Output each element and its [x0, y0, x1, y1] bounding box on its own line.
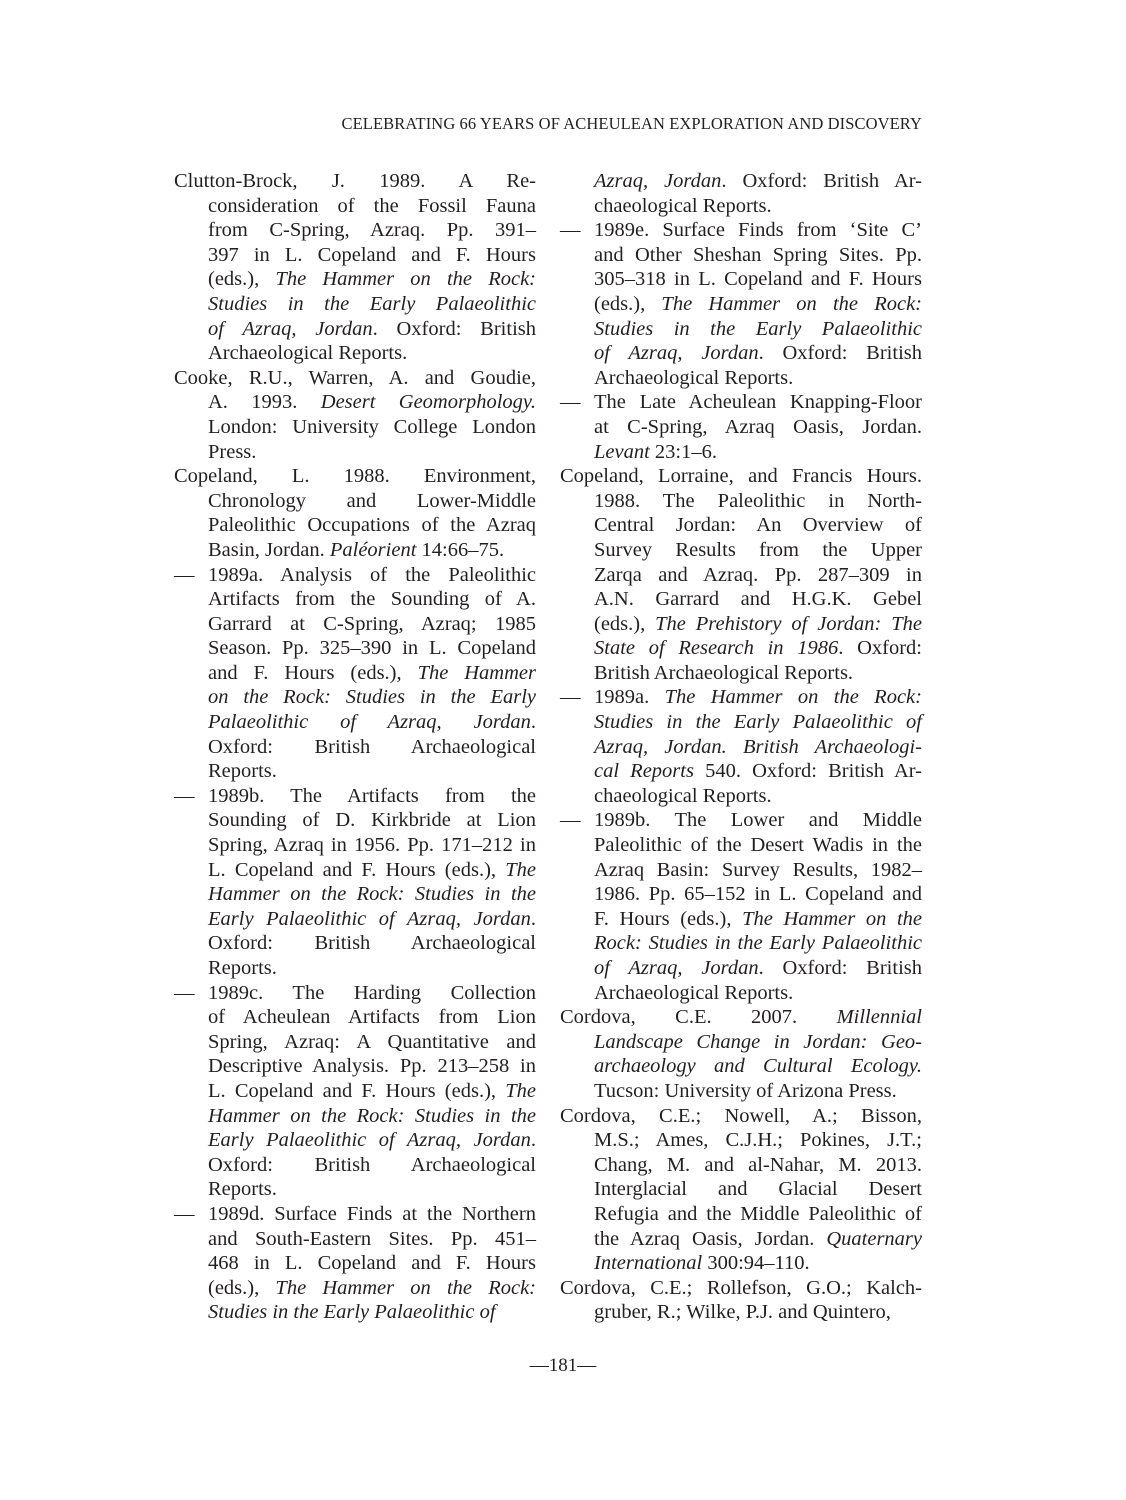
entry-line: gruber, R.; Wilke, P.J. and Quintero,: [594, 1300, 922, 1325]
entry-line: (eds.), The Hammer on the Rock:: [208, 1276, 536, 1301]
entry-line: Spring, Azraq: A Quantitative and: [208, 1030, 536, 1055]
entry-line: Artifacts from the Sounding of A.: [208, 587, 536, 612]
entry-line: L. Copeland and F. Hours (eds.), The: [208, 1079, 536, 1104]
entry-line: F. Hours (eds.), The Hammer on the: [594, 907, 922, 932]
bibliography-entry: Cooke, R.U., Warren, A. and Goudie,A. 19…: [174, 366, 536, 464]
entry-line: 1986. Pp. 65–152 in L. Copeland and: [594, 882, 922, 907]
entry-line: State of Research in 1986. Oxford:: [594, 636, 922, 661]
entry-line: Press.: [208, 440, 536, 465]
entry-line: Clutton-Brock, J. 1989. A Re-: [174, 169, 536, 194]
entry-line: The Late Acheulean Knapping-Floor: [594, 390, 922, 415]
ditto-dash: —: [560, 685, 581, 710]
bibliography-entry: Copeland, L. 1988. Environment,Chronolog…: [174, 464, 536, 562]
entry-line: British Archaeological Reports.: [594, 661, 922, 686]
entry-line: Copeland, Lorraine, and Francis Hours.: [560, 464, 922, 489]
entry-line: Zarqa and Azraq. Pp. 287–309 in: [594, 563, 922, 588]
bibliography-entry: —The Late Acheulean Knapping-Floorat C-S…: [560, 390, 922, 464]
bibliography-entry: Cordova, C.E.; Nowell, A.; Bisson,M.S.; …: [560, 1104, 922, 1276]
page-number: —181—: [0, 1355, 1126, 1377]
entry-line: Archaeological Reports.: [594, 981, 922, 1006]
entry-line: Paleolithic Occupations of the Azraq: [208, 513, 536, 538]
entry-line: Tucson: University of Arizona Press.: [594, 1079, 922, 1104]
entry-line: Oxford: British Archaeological: [208, 1153, 536, 1178]
entry-line: Sounding of D. Kirkbride at Lion: [208, 808, 536, 833]
bibliography-entry: —1989e. Surface Finds from ‘Site C’and O…: [560, 218, 922, 390]
bibliography-entry: —1989d. Surface Finds at the Northernand…: [174, 1202, 536, 1325]
entry-line: Basin, Jordan. Paléorient 14:66–75.: [208, 538, 536, 563]
ditto-dash: —: [174, 981, 195, 1006]
entry-line: 1989b. The Artifacts from the: [208, 784, 536, 809]
entry-line: Garrard at C-Spring, Azraq; 1985: [208, 612, 536, 637]
running-head: CELEBRATING 66 YEARS OF ACHEULEAN EXPLOR…: [268, 114, 922, 134]
entry-line: consideration of the Fossil Fauna: [208, 194, 536, 219]
entry-line: Chang, M. and al-Nahar, M. 2013.: [594, 1153, 922, 1178]
entry-line: chaeological Reports.: [594, 784, 922, 809]
entry-line: Landscape Change in Jordan: Geo-: [594, 1030, 922, 1055]
entry-line: and South-Eastern Sites. Pp. 451–: [208, 1227, 536, 1252]
entry-line: 1989e. Surface Finds from ‘Site C’: [594, 218, 922, 243]
entry-line: of Azraq, Jordan. Oxford: British: [208, 317, 536, 342]
entry-line: Central Jordan: An Overview of: [594, 513, 922, 538]
entry-line: 397 in L. Copeland and F. Hours: [208, 243, 536, 268]
entry-line: Paleolithic of the Desert Wadis in the: [594, 833, 922, 858]
right-column: Azraq, Jordan. Oxford: British Ar-chaeol…: [560, 169, 922, 1325]
entry-line: Early Palaeolithic of Azraq, Jordan.: [208, 1128, 536, 1153]
entry-line: Archaeological Reports.: [594, 366, 922, 391]
entry-line: Hammer on the Rock: Studies in the: [208, 882, 536, 907]
entry-line: Oxford: British Archaeological: [208, 931, 536, 956]
bibliography-entry: Clutton-Brock, J. 1989. A Re-considerati…: [174, 169, 536, 366]
entry-line: International 300:94–110.: [594, 1251, 922, 1276]
bibliography-entry: —1989b. The Artifacts from theSounding o…: [174, 784, 536, 981]
entry-line: Oxford: British Archaeological: [208, 735, 536, 760]
entry-line: L. Copeland and F. Hours (eds.), The: [208, 858, 536, 883]
entry-line: Survey Results from the Upper: [594, 538, 922, 563]
entry-line: Season. Pp. 325–390 in L. Copeland: [208, 636, 536, 661]
entry-line: 468 in L. Copeland and F. Hours: [208, 1251, 536, 1276]
entry-line: 305–318 in L. Copeland and F. Hours: [594, 267, 922, 292]
entry-line: Rock: Studies in the Early Palaeolithic: [594, 931, 922, 956]
entry-line: M.S.; Ames, C.J.H.; Pokines, J.T.;: [594, 1128, 922, 1153]
entry-line: A.N. Garrard and H.G.K. Gebel: [594, 587, 922, 612]
entry-line: chaeological Reports.: [594, 194, 922, 219]
bibliography-entry: —1989b. The Lower and MiddlePaleolithic …: [560, 808, 922, 1005]
entry-line: Reports.: [208, 759, 536, 784]
entry-line: at C-Spring, Azraq Oasis, Jordan.: [594, 415, 922, 440]
entry-line: 1988. The Paleolithic in North-: [594, 489, 922, 514]
entry-line: from C-Spring, Azraq. Pp. 391–: [208, 218, 536, 243]
entry-line: (eds.), The Prehistory of Jordan: The: [594, 612, 922, 637]
entry-line: and F. Hours (eds.), The Hammer: [208, 661, 536, 686]
entry-line: (eds.), The Hammer on the Rock:: [208, 267, 536, 292]
bibliography-entry: Azraq, Jordan. Oxford: British Ar-chaeol…: [560, 169, 922, 218]
entry-line: of Azraq, Jordan. Oxford: British: [594, 956, 922, 981]
entry-line: 1989b. The Lower and Middle: [594, 808, 922, 833]
entry-line: 1989a. Analysis of the Paleolithic: [208, 563, 536, 588]
entry-line: Interglacial and Glacial Desert: [594, 1177, 922, 1202]
entry-line: Studies in the Early Palaeolithic: [594, 317, 922, 342]
ditto-dash: —: [174, 563, 195, 588]
ditto-dash: —: [174, 1202, 195, 1227]
entry-line: Reports.: [208, 1177, 536, 1202]
entry-line: cal Reports 540. Oxford: British Ar-: [594, 759, 922, 784]
entry-line: of Acheulean Artifacts from Lion: [208, 1005, 536, 1030]
entry-line: (eds.), The Hammer on the Rock:: [594, 292, 922, 317]
ditto-dash: —: [560, 218, 581, 243]
ditto-dash: —: [174, 784, 195, 809]
entry-line: 1989a. The Hammer on the Rock:: [594, 685, 922, 710]
entry-line: Cordova, C.E. 2007. Millennial: [560, 1005, 922, 1030]
entry-line: on the Rock: Studies in the Early: [208, 685, 536, 710]
ditto-dash: —: [560, 390, 581, 415]
entry-line: and Other Sheshan Spring Sites. Pp.: [594, 243, 922, 268]
entry-line: A. 1993. Desert Geomorphology.: [208, 390, 536, 415]
entry-line: Azraq Basin: Survey Results, 1982–: [594, 858, 922, 883]
entry-line: 1989d. Surface Finds at the Northern: [208, 1202, 536, 1227]
entry-line: Studies in the Early Palaeolithic of: [594, 710, 922, 735]
entry-line: Archaeological Reports.: [208, 341, 536, 366]
bibliography-entry: —1989c. The Harding Collectionof Acheule…: [174, 981, 536, 1202]
entry-line: Descriptive Analysis. Pp. 213–258 in: [208, 1054, 536, 1079]
entry-line: Levant 23:1–6.: [594, 440, 922, 465]
entry-line: Studies in the Early Palaeolithic of: [208, 1300, 536, 1325]
entry-line: Hammer on the Rock: Studies in the: [208, 1104, 536, 1129]
bibliography-entry: Cordova, C.E. 2007. MillennialLandscape …: [560, 1005, 922, 1103]
entry-line: Refugia and the Middle Paleolithic of: [594, 1202, 922, 1227]
bibliography-entry: —1989a. The Hammer on the Rock:Studies i…: [560, 685, 922, 808]
left-column: Clutton-Brock, J. 1989. A Re-considerati…: [174, 169, 536, 1325]
entry-line: Chronology and Lower-Middle: [208, 489, 536, 514]
entry-line: Studies in the Early Palaeolithic: [208, 292, 536, 317]
entry-line: Azraq, Jordan. Oxford: British Ar-: [594, 169, 922, 194]
ditto-dash: —: [560, 808, 581, 833]
entry-line: Palaeolithic of Azraq, Jordan.: [208, 710, 536, 735]
bibliography-entry: —1989a. Analysis of the PaleolithicArtif…: [174, 563, 536, 784]
entry-line: Cordova, C.E.; Rollefson, G.O.; Kalch-: [560, 1276, 922, 1301]
entry-line: Azraq, Jordan. British Archaeologi-: [594, 735, 922, 760]
entry-line: London: University College London: [208, 415, 536, 440]
bibliography-entry: Cordova, C.E.; Rollefson, G.O.; Kalch-gr…: [560, 1276, 922, 1325]
entry-line: archaeology and Cultural Ecology.: [594, 1054, 922, 1079]
entry-line: 1989c. The Harding Collection: [208, 981, 536, 1006]
entry-line: Reports.: [208, 956, 536, 981]
entry-line: Early Palaeolithic of Azraq, Jordan.: [208, 907, 536, 932]
entry-line: of Azraq, Jordan. Oxford: British: [594, 341, 922, 366]
entry-line: the Azraq Oasis, Jordan. Quaternary: [594, 1227, 922, 1252]
bibliography-entry: Copeland, Lorraine, and Francis Hours.19…: [560, 464, 922, 685]
entry-line: Cooke, R.U., Warren, A. and Goudie,: [174, 366, 536, 391]
entry-line: Copeland, L. 1988. Environment,: [174, 464, 536, 489]
entry-line: Cordova, C.E.; Nowell, A.; Bisson,: [560, 1104, 922, 1129]
entry-line: Spring, Azraq in 1956. Pp. 171–212 in: [208, 833, 536, 858]
